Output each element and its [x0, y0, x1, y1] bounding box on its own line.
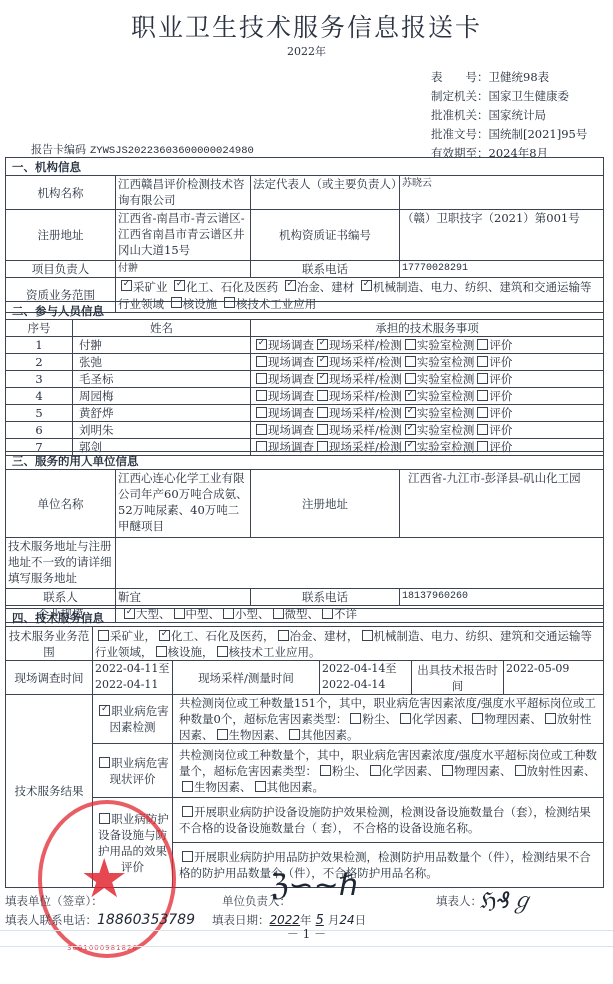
hazard-detection-detail: 共检测岗位或工种数量151个，其中，职业病危害因素浓度/强度水平超标岗位或工种数… [173, 695, 604, 744]
duty-label: 现场采样/检测 [329, 372, 402, 386]
checkbox-physical-factor[interactable] [472, 713, 483, 724]
person-name: 黄舒烨 [73, 405, 251, 422]
col-duties-header: 承担的技术服务事项 [251, 320, 604, 337]
meta-label: 批准文号： [431, 127, 489, 141]
table-row: 4 周园梅 现场调查现场采样/检测实验室检测评价 [6, 388, 604, 405]
service-addr-value [116, 538, 604, 589]
checkbox-status-eval[interactable] [99, 757, 110, 768]
duty-label: 现场调查 [268, 372, 314, 386]
duty-label: 现场调查 [268, 389, 314, 403]
checkbox-mining[interactable] [121, 280, 132, 291]
cert-label: 机构资质证书编号 [251, 210, 400, 261]
checkbox-sampling[interactable] [317, 390, 328, 401]
person-name: 毛圣标 [73, 371, 251, 388]
table-row: 6 刘明朱 现场调查现场采样/检测实验室检测评价 [6, 422, 604, 439]
result-type-label: 职业病危害因素检测 [110, 704, 169, 734]
meta-value: 国家卫生健康委 [489, 89, 570, 103]
meta-label: 批准机关： [431, 108, 489, 122]
table-row: 5 黄舒烨 现场调查现场采样/检测实验室检测评价 [6, 405, 604, 422]
duty-label: 实验室检测 [417, 338, 475, 352]
checkbox-sampling[interactable] [317, 373, 328, 384]
duty-label: 实验室检测 [417, 423, 475, 437]
status-eval-detail: 共检测岗位或工种数量个，其中，职业病危害因素浓度/强度水平超标岗位或工种数量个，… [173, 744, 604, 798]
duty-label: 现场采样/检测 [329, 406, 402, 420]
factor-label: 生物因素、 [194, 780, 252, 794]
form-meta: 表 号：卫健统98表 制定机关：国家卫生健康委 批准机关：国家统计局 批准文号：… [431, 68, 587, 163]
meta-form-number: 表 号：卫健统98表 [431, 68, 587, 87]
results-label: 技术服务结果 [6, 695, 93, 888]
report-code-value: ZYWSJS20223603600000024980 [90, 145, 254, 157]
org-name-label: 机构名称 [6, 176, 116, 210]
section1-heading: 一、机构信息 [6, 158, 604, 176]
checkbox-nuclear-app[interactable] [217, 646, 228, 657]
duty-label: 评价 [489, 355, 512, 369]
checkbox-sampling[interactable] [317, 424, 328, 435]
person-no: 4 [6, 388, 73, 405]
legal-rep-value: 苏晓云 [400, 176, 604, 210]
duty-label: 评价 [489, 389, 512, 403]
reg-address-label: 注册地址 [6, 210, 116, 261]
duty-label: 评价 [489, 423, 512, 437]
col-no-header: 序号 [6, 320, 73, 337]
meta-approver: 批准机关：国家统计局 [431, 106, 587, 125]
checkbox-other-factor[interactable] [255, 781, 266, 792]
person-no: 6 [6, 422, 73, 439]
checkbox-survey[interactable] [256, 373, 267, 384]
factor-label: 化学因素、 [412, 712, 470, 726]
checkbox-survey[interactable] [256, 407, 267, 418]
scope-option-label: 化工、石化及医药 [186, 280, 278, 294]
factor-label: 粉尘、 [362, 712, 397, 726]
person-name: 刘明朱 [73, 422, 251, 439]
report-time-label: 出具技术报告时间 [412, 661, 504, 695]
factor-label: 粉尘、 [332, 764, 367, 778]
scope-option-label: 采矿业， [110, 629, 156, 643]
checkbox-evaluation[interactable] [477, 390, 488, 401]
checkbox-dust[interactable] [350, 713, 361, 724]
factor-label: 生物因素、 [229, 728, 287, 742]
person-no: 3 [6, 371, 73, 388]
protection-eval-cell: 职业病防护设备设施与防护用品的效果评价 [93, 798, 173, 888]
factor-label: 化学因素、 [382, 764, 440, 778]
meta-issuer: 制定机关：国家卫生健康委 [431, 87, 587, 106]
checkbox-survey[interactable] [256, 424, 267, 435]
checkbox-chemical-factor[interactable] [370, 765, 381, 776]
checkbox-lab[interactable] [405, 373, 416, 384]
checkbox-chemical[interactable] [174, 280, 185, 291]
checkbox-evaluation[interactable] [477, 339, 488, 350]
footer-filler: 填表人： [436, 893, 482, 909]
project-lead-label: 项目负责人 [6, 261, 116, 278]
checkbox-survey[interactable] [256, 390, 267, 401]
equipment-eval-detail: 开展职业病防护设备设施防护效果检测，检测设备设施数量台（套），检测结果不合格的设… [173, 798, 604, 843]
result-type-label: 职业病危害现状评价 [110, 756, 169, 786]
person-no: 1 [6, 337, 73, 354]
leader-signature: ℨ∽∼ℏ [270, 868, 358, 903]
sampling-time-value: 2022-04-14至2022-04-14 [320, 661, 412, 695]
duty-label: 实验室检测 [417, 406, 475, 420]
scope-option-label: 采矿业 [133, 280, 168, 294]
hazard-detection-cell: 职业病危害因素检测 [93, 695, 173, 744]
sampling-time-label: 现场采样/测量时间 [173, 661, 320, 695]
duty-label: 实验室检测 [417, 355, 475, 369]
checkbox-evaluation[interactable] [477, 407, 488, 418]
person-duties: 现场调查现场采样/检测实验室检测评价 [251, 371, 604, 388]
checkbox-lab[interactable] [405, 407, 416, 418]
checkbox-lab[interactable] [405, 424, 416, 435]
checkbox-machinery[interactable] [361, 280, 372, 291]
factor-label: 物理因素、 [454, 764, 512, 778]
service-scope-label: 技术服务业务范围 [6, 627, 93, 661]
scope-option-label: 冶金、建材， [290, 629, 359, 643]
scan-line [0, 946, 613, 947]
duty-label: 现场采样/检测 [329, 423, 402, 437]
unit-reg-address-label: 注册地址 [251, 470, 400, 538]
meta-value: 国家统计局 [489, 108, 547, 122]
person-duties: 现场调查现场采样/检测实验室检测评价 [251, 388, 604, 405]
checkbox-chemical-factor[interactable] [400, 713, 411, 724]
checkbox-mining[interactable] [98, 630, 109, 641]
section4-table: 四、技术服务信息 技术服务业务范围 采矿业，化工、石化及医药，冶金、建材，机械制… [5, 608, 604, 888]
survey-time-value: 2022-04-11至2022-04-11 [93, 661, 173, 695]
checkbox-hazard-detection[interactable] [99, 705, 110, 716]
table-row: 1 付翀 现场调查现场采样/检测实验室检测评价 [6, 337, 604, 354]
checkbox-evaluation[interactable] [477, 424, 488, 435]
report-code: 报告卡编码ZYWSJS20223603600000024980 [31, 141, 254, 157]
legal-rep-label: 法定代表人（或主要负责人） [251, 176, 400, 210]
factor-label: 其他因素。 [301, 728, 359, 742]
footer-label: 填表人： [436, 894, 482, 908]
checkbox-machinery[interactable] [362, 630, 373, 641]
meta-label: 制定机关： [431, 89, 489, 103]
person-no: 2 [6, 354, 73, 371]
footer-label: 填表单位（签章）： [5, 894, 103, 908]
duty-label: 现场采样/检测 [329, 389, 402, 403]
section1-table: 一、机构信息 机构名称 江西赣昌评价检测技术咨询有限公司 法定代表人（或主要负责… [5, 157, 604, 313]
checkbox-survey[interactable] [256, 356, 267, 367]
checkbox-chemical[interactable] [159, 630, 170, 641]
checkbox-sampling[interactable] [317, 407, 328, 418]
duty-label: 现场调查 [268, 423, 314, 437]
unit-phone-value: 18137960260 [400, 589, 604, 606]
service-addr-label: 技术服务地址与注册地址不一致的请详细填写服务地址 [6, 538, 116, 589]
checkbox-nuclear-facility[interactable] [156, 646, 167, 657]
checkbox-physical-factor[interactable] [442, 765, 453, 776]
section4-heading: 四、技术服务信息 [6, 609, 604, 627]
reg-address-value: 江西省-南昌市-青云谱区-江西省南昌市青云谱区井冈山大道15号 [116, 210, 251, 261]
meta-approval-no: 批准文号：国统制[2021]95号 [431, 125, 587, 144]
ppe-eval-detail: 开展职业病防护用品防护效果检测，检测防护用品数量个（件），检测结果不合格的防护用… [173, 843, 604, 888]
checkbox-evaluation[interactable] [477, 373, 488, 384]
duty-label: 实验室检测 [417, 389, 475, 403]
checkbox-lab[interactable] [405, 390, 416, 401]
survey-time-label: 现场调查时间 [6, 661, 93, 695]
duty-label: 现场采样/检测 [329, 355, 402, 369]
scope-option-label: 核技术工业应用。 [229, 645, 321, 659]
meta-label: 表 号： [431, 70, 489, 84]
table-row: 3 毛圣标 现场调查现场采样/检测实验室检测评价 [6, 371, 604, 388]
checkbox-biological-factor[interactable] [217, 729, 228, 740]
checkbox-survey[interactable] [256, 339, 267, 350]
service-scope-options: 采矿业，化工、石化及医药，冶金、建材，机械制造、电力、纺织、建筑和交通运输等行业… [93, 627, 604, 661]
person-duties: 现场调查现场采样/检测实验室检测评价 [251, 405, 604, 422]
report-year: 2022年 [0, 43, 613, 59]
factor-label: 放射性因素、 [527, 764, 596, 778]
checkbox-equipment-test[interactable] [182, 806, 193, 817]
result-text: 开展职业病防护用品防护效果检测，检测防护用品数量个（件），检测结果不合格的防护用… [179, 850, 591, 880]
duty-label: 评价 [489, 406, 512, 420]
checkbox-sampling[interactable] [317, 356, 328, 367]
report-time-value: 2022-05-09 [504, 661, 604, 695]
cert-value: （赣）卫职技字（2021）第001号 [400, 210, 604, 261]
project-lead-value: 付翀 [116, 261, 251, 278]
person-duties: 现场调查现场采样/检测实验室检测评价 [251, 337, 604, 354]
checkbox-lab[interactable] [405, 339, 416, 350]
checkbox-ppe-test[interactable] [182, 851, 193, 862]
unit-reg-address-value: 江西省-九江市-彭泽县-矶山化工园 [400, 470, 604, 538]
scope-option-label: 化工、石化及医药， [171, 629, 275, 643]
person-name: 付翀 [73, 337, 251, 354]
checkbox-metallurgy[interactable] [278, 630, 289, 641]
section3-table: 三、服务的用人单位信息 单位名称 江西心连心化学工业有限公司年产60万吨合成氨、… [5, 451, 604, 623]
page-number: － 1 － [0, 925, 613, 942]
person-duties: 现场调查现场采样/检测实验室检测评价 [251, 422, 604, 439]
duty-label: 现场调查 [268, 355, 314, 369]
person-duties: 现场调查现场采样/检测实验室检测评价 [251, 354, 604, 371]
factor-label: 其他因素。 [267, 780, 325, 794]
filler-signature: ℌ₰ℊ [480, 884, 533, 915]
unit-phone-label: 联系电话 [251, 589, 400, 606]
org-name-value: 江西赣昌评价检测技术咨询有限公司 [116, 176, 251, 210]
checkbox-dust[interactable] [320, 765, 331, 776]
checkbox-radiation-factor[interactable] [515, 765, 526, 776]
page-title: 职业卫生技术服务信息报送卡 [0, 8, 613, 44]
duty-label: 实验室检测 [417, 372, 475, 386]
checkbox-evaluation[interactable] [477, 356, 488, 367]
meta-value: 卫健统98表 [489, 70, 550, 84]
contact-label: 联系人 [6, 589, 116, 606]
unit-name-value: 江西心连心化学工业有限公司年产60万吨合成氨、52万吨尿素、40万吨二甲醚项目 [116, 470, 251, 538]
section2-table: 二、参与人员信息 序号 姓名 承担的技术服务事项 1 付翀 现场调查现场采样/检… [5, 301, 604, 456]
duty-label: 评价 [489, 372, 512, 386]
result-text: 开展职业病防护设备设施防护效果检测，检测设备设施数量台（套），检测结果不合格的设… [179, 805, 591, 835]
duty-label: 现场采样/检测 [329, 338, 402, 352]
checkbox-biological-factor[interactable] [182, 781, 193, 792]
duty-label: 评价 [489, 338, 512, 352]
checkbox-radiation-factor[interactable] [545, 713, 556, 724]
section3-heading: 三、服务的用人单位信息 [6, 452, 604, 470]
checkbox-metallurgy[interactable] [285, 280, 296, 291]
checkbox-protection-eval[interactable] [99, 813, 110, 824]
checkbox-lab[interactable] [405, 356, 416, 367]
duty-label: 现场调查 [268, 338, 314, 352]
footer-unit: 填表单位（签章）： [5, 893, 103, 909]
person-no: 5 [6, 405, 73, 422]
checkbox-other-factor[interactable] [289, 729, 300, 740]
section2-heading: 二、参与人员信息 [6, 302, 604, 320]
duty-label: 现场调查 [268, 406, 314, 420]
scope-option-label: 核设施， [168, 645, 214, 659]
org-phone-label: 联系电话 [251, 261, 400, 278]
status-eval-cell: 职业病危害现状评价 [93, 744, 173, 798]
factor-label: 物理因素、 [484, 712, 542, 726]
checkbox-sampling[interactable] [317, 339, 328, 350]
contact-value: 靳宜 [116, 589, 251, 606]
org-phone-value: 17770028291 [400, 261, 604, 278]
person-name: 张弛 [73, 354, 251, 371]
person-name: 周园梅 [73, 388, 251, 405]
report-code-label: 报告卡编码 [31, 143, 86, 156]
table-row: 2 张弛 现场调查现场采样/检测实验室检测评价 [6, 354, 604, 371]
col-name-header: 姓名 [73, 320, 251, 337]
unit-name-label: 单位名称 [6, 470, 116, 538]
meta-value: 国统制[2021]95号 [489, 127, 588, 141]
scope-option-label: 冶金、建材 [297, 280, 355, 294]
